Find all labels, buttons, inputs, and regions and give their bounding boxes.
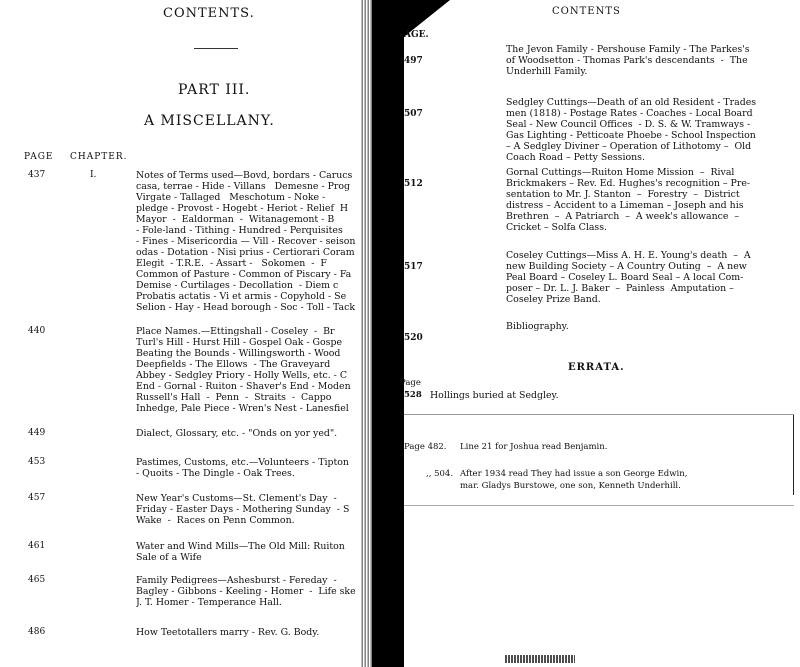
errata-item-1-prefix: Page 482. xyxy=(404,442,447,452)
entry-description: How Teetotallers marry - Rev. G. Body. xyxy=(136,627,376,638)
entry-page-number: 507 xyxy=(404,109,423,119)
entry-chapter: I. xyxy=(90,170,96,180)
header-rule xyxy=(194,48,238,49)
right-page: CONTENTS AGE. 497The Jevon Family - Pers… xyxy=(400,0,800,667)
entry-description: Place Names.—Ettingshall - Coseley - Br … xyxy=(136,326,376,414)
entry-description: The Jevon Family - Pershouse Family - Th… xyxy=(506,44,796,77)
section-subtitle: A MISCELLANY. xyxy=(144,113,275,129)
running-head-right: CONTENTS xyxy=(552,6,621,17)
entry-page-number: 461 xyxy=(28,541,45,551)
errata-item-2-text-cont: mar. Gladys Burstowe, one son, Kenneth U… xyxy=(460,481,681,491)
errata-top-rule xyxy=(404,414,794,415)
entry-description: Family Pedigrees—Ashesburst - Fereday - … xyxy=(136,575,376,608)
page-edge-line xyxy=(793,415,794,495)
entry-description: Coseley Cuttings—Miss A. H. E. Young's d… xyxy=(506,250,796,305)
left-page: CONTENTS. PART III. A MISCELLANY. PAGE C… xyxy=(0,0,380,667)
entry-page-number: 520 xyxy=(404,333,423,343)
errata-item-2-text: After 1934 read They had issue a son Geo… xyxy=(460,469,687,479)
entry-page-number: 465 xyxy=(28,575,45,585)
library-stamp xyxy=(505,655,575,663)
entry-page-number: 453 xyxy=(28,457,45,467)
entry-description: Sedgley Cuttings—Death of an old Residen… xyxy=(506,97,796,163)
errata-item-2-prefix: ,, 504. xyxy=(426,469,453,479)
errata-page-label: Page xyxy=(400,378,421,388)
entry-description: Dialect, Glossary, etc. - "Onds on yor y… xyxy=(136,428,376,439)
column-header-page-fragment: AGE. xyxy=(404,30,429,40)
entry-page-number: 497 xyxy=(404,56,423,66)
entry-description: Water and Wind Mills—The Old Mill: Ruito… xyxy=(136,541,376,563)
entry-page-number: 457 xyxy=(28,493,45,503)
entry-description: Notes of Terms used—Bovd, bordars - Caru… xyxy=(136,170,376,313)
entry-description: Bibliography. xyxy=(506,321,796,332)
entry-page-number: 449 xyxy=(28,428,45,438)
running-head-left: CONTENTS. xyxy=(163,6,255,21)
entry-description: New Year's Customs—St. Clement's Day - F… xyxy=(136,493,376,526)
entry-page-number: 517 xyxy=(404,262,423,272)
entry-page-number: 437 xyxy=(28,170,45,180)
errata-item-1-text: Line 21 for Joshua read Benjamin. xyxy=(460,442,607,452)
entry-description: Gornal Cuttings—Ruiton Home Mission – Ri… xyxy=(506,167,796,233)
column-header-chapter: CHAPTER. xyxy=(70,152,128,162)
errata-bottom-rule xyxy=(404,505,794,506)
entry-page-number: 486 xyxy=(28,627,45,637)
errata-title: ERRATA. xyxy=(568,362,625,373)
part-title: PART III. xyxy=(178,82,250,98)
entry-page-number: 512 xyxy=(404,179,423,189)
column-header-page: PAGE xyxy=(24,152,54,162)
entry-page-number: 440 xyxy=(28,326,45,336)
errata-first-page: 528 xyxy=(404,390,422,400)
errata-first-text: Hollings buried at Sedgley. xyxy=(430,390,559,401)
entry-description: Pastimes, Customs, etc.—Volunteers - Tip… xyxy=(136,457,376,479)
